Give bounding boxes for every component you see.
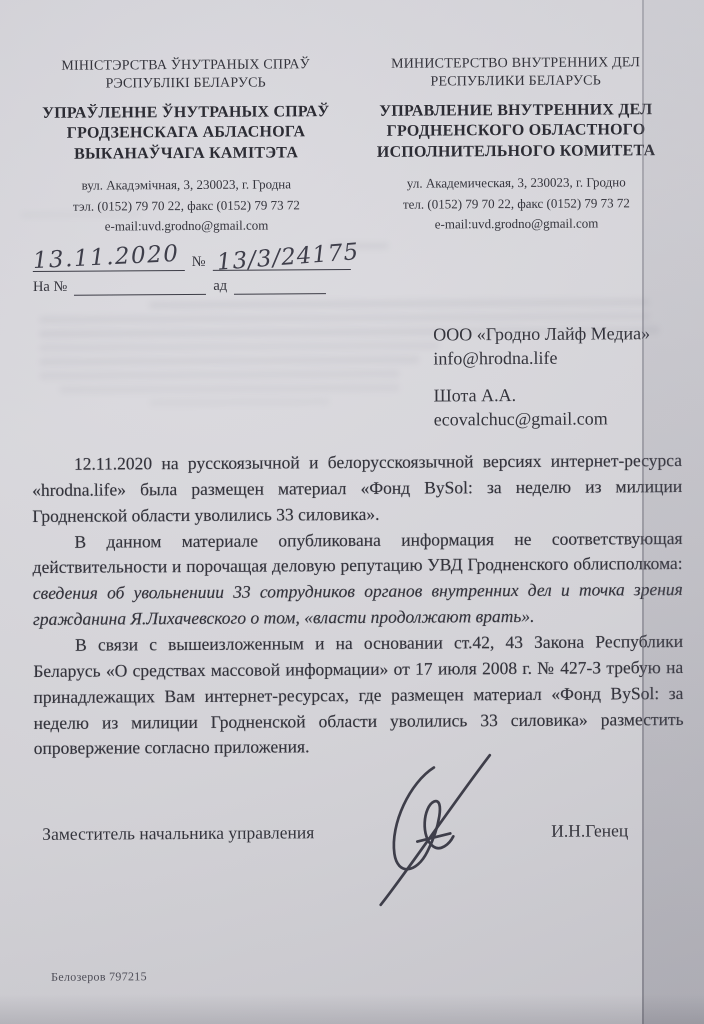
signer-title: Заместитель начальника управления (42, 822, 314, 845)
phone-ru: тел. (0152) 79 70 22, факс (0152) 79 73 … (356, 193, 676, 215)
reply-from-label: ад (213, 278, 227, 295)
bleedthrough-artifact (60, 384, 400, 394)
reply-date-blank-line (234, 293, 326, 295)
department-name-ru: УПРАВЛЕНИЕ ВНУТРЕННИХ ДЕЛ ГРОДНЕНСКОГО О… (356, 100, 676, 163)
bleedthrough-artifact (39, 341, 439, 351)
paragraph-3: В связи с вышеизложенным и на основании … (33, 629, 684, 762)
date-blank-line: 13.11.2020 (33, 270, 185, 272)
recipient-block: ООО «Гродно Лайф Медиа» info@hrodna.life… (433, 322, 651, 432)
letterhead-russian: МИНИСТЕРСТВО ВНУТРЕННИХ ДЕЛ РЕСПУБЛИКИ Б… (356, 54, 677, 236)
scanned-letter-page: МІНІСТЭРСТВА ЎНУТРАНЫХ СПРАЎ РЭСПУБЛІКІ … (0, 0, 704, 1024)
handwritten-signature (370, 749, 505, 918)
phone-by: тэл. (0152) 79 70 22, факс (0152) 79 73 … (26, 195, 346, 217)
paragraph-2-cited-italic: сведения об увольнениии 33 сотрудников о… (33, 579, 683, 629)
vertical-fold-line (642, 0, 644, 1024)
paragraph-2-regular: В данном материале опубликована информац… (33, 528, 683, 578)
recipient-company-email: info@hrodna.life (433, 346, 650, 371)
bleedthrough-artifact (39, 356, 419, 366)
fold-shadow-strip (644, 0, 704, 1024)
number-sign-label: № (192, 254, 206, 271)
ministry-name-ru: МИНИСТЕРСТВО ВНУТРЕННИХ ДЕЛ РЕСПУБЛИКИ Б… (356, 54, 676, 93)
paragraph-2: В данном материале опубликована информац… (32, 526, 683, 633)
email-ru: e-mail:uvd.grodno@gmail.com (357, 213, 677, 235)
reply-number-blank-line (74, 294, 206, 296)
reference-block: 13.11.2020 № 13/3/24175 На № ад (33, 236, 373, 296)
handwritten-date: 13.11.2020 (32, 241, 180, 274)
address-ru: ул. Академическая, 3, 230023, г. Гродно (356, 172, 676, 194)
reply-to-label: На № (33, 279, 67, 296)
letterhead: МІНІСТЭРСТВА ЎНУТРАНЫХ СПРАЎ РЭСПУБЛІКІ … (26, 54, 677, 238)
bleedthrough-artifact (149, 298, 649, 309)
ministry-name-by: МІНІСТЭРСТВА ЎНУТРАНЫХ СПРАЎ РЭСПУБЛІКІ … (26, 56, 346, 95)
email-by: e-mail:uvd.grodno@gmail.com (27, 215, 347, 237)
signer-name: И.Н.Генец (551, 820, 628, 841)
recipient-person: Шота А.А. (434, 383, 651, 408)
letter-body: 12.11.2020 на русскоязычной и белорусско… (32, 448, 684, 762)
department-name-by: УПРАЎЛЕННЕ ЎНУТРАНЫХ СПРАЎ ГРОДЗЕНСКАГА … (26, 102, 346, 165)
recipient-company: ООО «Гродно Лайф Медиа» (433, 322, 650, 347)
letterhead-belarusian: МІНІСТЭРСТВА ЎНУТРАНЫХ СПРАЎ РЭСПУБЛІКІ … (26, 56, 347, 238)
paragraph-1: 12.11.2020 на русскоязычной и белорусско… (32, 448, 682, 530)
address-by: вул. Акадэмічная, 3, 230023, г. Гродна (26, 174, 346, 196)
bottom-edge-shadow (0, 994, 704, 1024)
number-blank-line: 13/3/24175 (213, 269, 351, 271)
recipient-person-email: ecovalchuc@gmail.com (434, 407, 651, 432)
bleedthrough-artifact (39, 370, 399, 380)
handwritten-number: 13/3/24175 (216, 239, 360, 276)
bleedthrough-artifact (150, 398, 330, 406)
executor-note: Белозеров 797215 (51, 969, 147, 985)
signature-row: Заместитель начальника управления И.Н.Ге… (42, 820, 628, 845)
